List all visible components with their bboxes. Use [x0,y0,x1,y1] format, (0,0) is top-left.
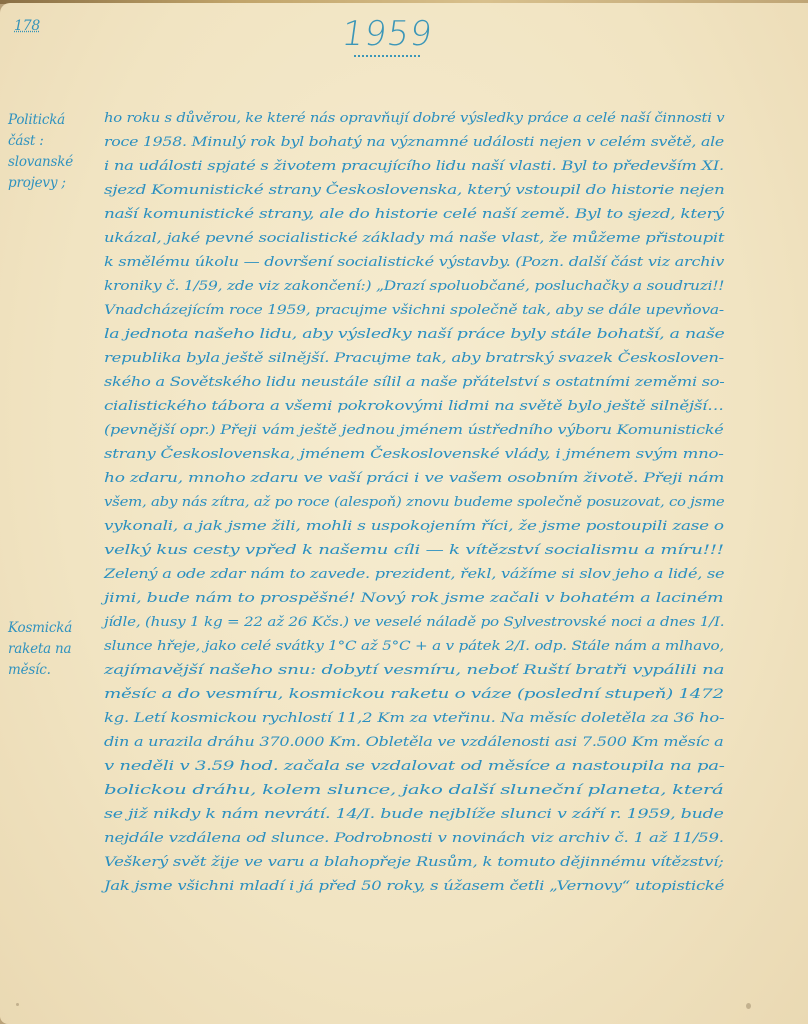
text-line: Vnadcházejícím roce 1959, pracujme všich… [104,303,724,318]
chronicle-page [0,3,808,1024]
text-line: sjezd Komunistické strany Československa… [104,183,725,198]
text-line: jídle, (husy 1 kg = 22 až 26 Kčs.) ve ve… [104,615,724,630]
margin-note-political: Politická část : slovanské projevy ; [8,110,73,194]
text-line: naší komunistické strany, ale do histori… [104,207,724,222]
text-line: k smělému úkolu — dovršení socialistické… [104,255,724,270]
text-line: ho zdaru, mnoho zdaru ve vaší práci i ve… [104,471,724,486]
text-line: ukázal, jaké pevné socialistické základy… [104,231,724,246]
page-number: 178 [14,18,40,34]
text-line: nejdále vzdálena od slunce. Podrobnosti … [104,831,724,846]
text-line: kroniky č. 1/59, zde viz zakončení:) „Dr… [104,279,724,294]
text-line: (pevnější opr.) Přeji vám ještě jednou j… [104,423,724,438]
text-line: roce 1958. Minulý rok byl bohatý na význ… [104,135,724,150]
text-line: všem, aby nás zítra, až po roce (alespoň… [104,495,725,510]
text-line: din a urazila dráhu 370.000 Km. Obletěla… [104,735,723,750]
text-line: jimi, bude nám to prospěšné! Nový rok js… [104,591,723,606]
paper-stain [746,1003,751,1009]
text-line: republika byla ještě silnější. Pracujme … [104,351,724,366]
title-underline [354,55,420,57]
text-line: v neděli v 3.59 hod. začala se vzdalovat… [104,759,725,774]
text-line: strany Československa, jménem Českoslove… [104,447,724,462]
text-line: Veškerý svět žije ve varu a blahopřeje R… [104,855,724,870]
text-line: vykonali, a jak jsme žili, mohli s uspok… [104,519,724,534]
text-line: Jak jsme všichni mladí i já před 50 roky… [104,879,724,894]
text-line: cialistického tábora a všemi pokrokovými… [104,399,724,414]
text-line: bolickou dráhu, kolem slunce, jako další… [104,783,723,798]
page-title-year: 1959 [339,14,435,54]
text-line: Zelený a ode zdar nám to zavede. prezide… [104,567,724,582]
text-line: se již nikdy k nám nevrátí. 14/I. bude n… [104,807,724,822]
margin-note-rocket: Kosmická raketa na měsíc. [8,618,72,681]
text-line: velký kus cesty vpřed k našemu cíli — k … [104,543,724,558]
text-line: la jednota našeho lidu, aby výsledky naš… [104,327,725,342]
text-line: kg. Letí kosmickou rychlostí 11,2 Km za … [104,711,724,726]
text-line: zajímavější našeho snu: dobytí vesmíru, … [104,663,724,678]
text-line: ho roku s důvěrou, ke které nás opravňuj… [104,111,724,126]
text-line: měsíc a do vesmíru, kosmickou raketu o v… [104,687,724,702]
text-line: ského a Sovětského lidu neustále sílil a… [104,375,725,390]
text-line: i na události spjaté s životem pracující… [104,159,724,174]
paper-stain [16,1003,19,1006]
text-line: slunce hřeje, jako celé svátky 1°C až 5°… [104,639,724,654]
